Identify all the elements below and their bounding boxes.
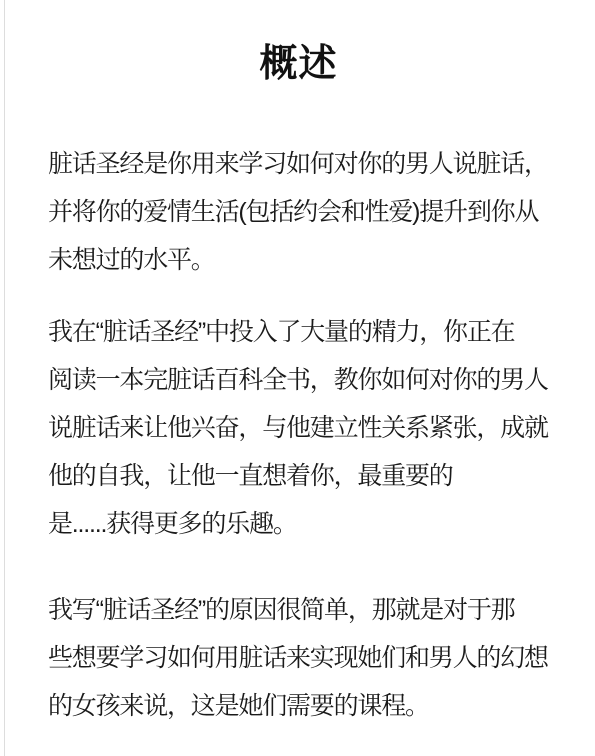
document-page: 概述 脏话圣经是你用来学习如何对你的男人说脏话， 并将你的爱情生活(包括约会和性… bbox=[0, 0, 595, 756]
text-line: 未想过的水平。 bbox=[48, 236, 549, 284]
text-line: 我写“脏话圣经”的原因很简单，那就是对于那 bbox=[48, 586, 549, 634]
text-line: 并将你的爱情生活(包括约会和性爱)提升到你从 bbox=[48, 188, 549, 236]
page-title: 概述 bbox=[48, 40, 549, 88]
text-line: 说脏话来让他兴奋，与他建立性关系紧张，成就 bbox=[48, 404, 549, 452]
text-line: 我在“脏话圣经”中投入了大量的精力，你正在 bbox=[48, 308, 549, 356]
document-content: 概述 脏话圣经是你用来学习如何对你的男人说脏话， 并将你的爱情生活(包括约会和性… bbox=[0, 40, 595, 730]
text-line: 他的自我，让他一直想着你，最重要的 bbox=[48, 452, 549, 500]
paragraph-2: 我在“脏话圣经”中投入了大量的精力，你正在 阅读一本完脏话百科全书，教你如何对你… bbox=[48, 308, 549, 548]
paragraph-3: 我写“脏话圣经”的原因很简单，那就是对于那 些想要学习如何用脏话来实现她们和男人… bbox=[48, 586, 549, 730]
text-line: 阅读一本完脏话百科全书，教你如何对你的男人 bbox=[48, 356, 549, 404]
text-line: 脏话圣经是你用来学习如何对你的男人说脏话， bbox=[48, 140, 549, 188]
text-line: 些想要学习如何用脏话来实现她们和男人的幻想 bbox=[48, 634, 549, 682]
text-line: 的女孩来说，这是她们需要的课程。 bbox=[48, 682, 549, 730]
paragraph-1: 脏话圣经是你用来学习如何对你的男人说脏话， 并将你的爱情生活(包括约会和性爱)提… bbox=[48, 140, 549, 284]
text-line: 是......获得更多的乐趣。 bbox=[48, 500, 549, 548]
